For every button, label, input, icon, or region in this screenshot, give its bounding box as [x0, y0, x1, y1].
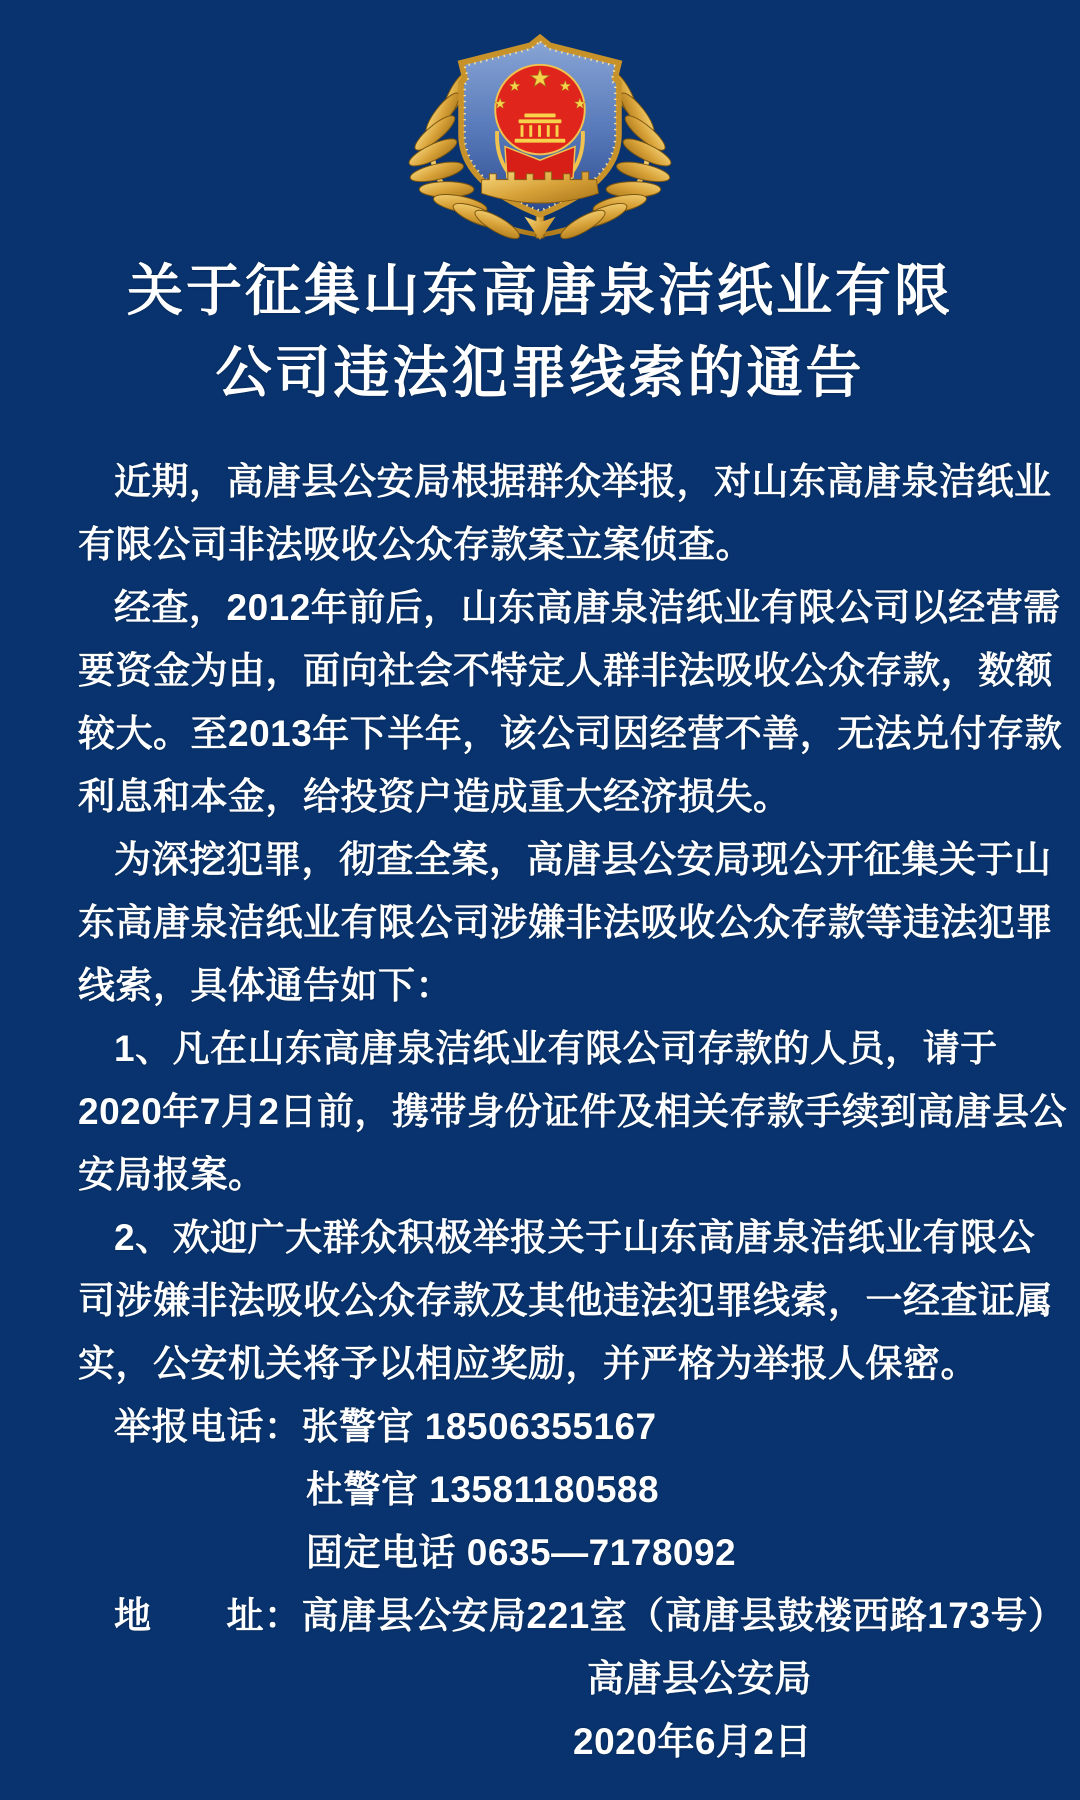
notice-page: 关于征集山东高唐泉洁纸业有限 公司违法犯罪线索的通告 近期，高唐县公安局根据群众… [0, 0, 1080, 1800]
notice-line: 实，公安机关将予以相应奖励，并严格为举报人保密。 [78, 1332, 1002, 1395]
notice-line: 固定电话 0635—7178092 [78, 1521, 1002, 1584]
notice-line: 近期，高唐县公安局根据群众举报，对山东高唐泉洁纸业 [78, 450, 1002, 513]
notice-title: 关于征集山东高唐泉洁纸业有限 公司违法犯罪线索的通告 [0, 250, 1080, 414]
notice-line: 高唐县公安局 [78, 1647, 1002, 1710]
notice-line: 2020年6月2日 [78, 1710, 1002, 1773]
notice-line: 1、凡在山东高唐泉洁纸业有限公司存款的人员，请于 [78, 1017, 1002, 1080]
notice-line: 杜警官 13581180588 [78, 1458, 1002, 1521]
notice-line: 线索，具体通告如下： [78, 954, 1002, 1017]
notice-line: 2、欢迎广大群众积极举报关于山东高唐泉洁纸业有限公 [78, 1206, 1002, 1269]
notice-line: 利息和本金，给投资户造成重大经济损失。 [78, 765, 1002, 828]
notice-body: 近期，高唐县公安局根据群众举报，对山东高唐泉洁纸业有限公司非法吸收公众存款案立案… [0, 450, 1080, 1773]
notice-line: 为深挖犯罪，彻查全案，高唐县公安局现公开征集关于山 [78, 828, 1002, 891]
notice-title-line1: 关于征集山东高唐泉洁纸业有限 [0, 250, 1080, 332]
notice-line: 安局报案。 [78, 1143, 1002, 1206]
notice-title-line2: 公司违法犯罪线索的通告 [0, 332, 1080, 414]
notice-line: 举报电话：张警官 18506355167 [78, 1395, 1002, 1458]
notice-line: 较大。至2013年下半年，该公司因经营不善，无法兑付存款 [78, 702, 1002, 765]
notice-line: 经查，2012年前后，山东高唐泉洁纸业有限公司以经营需 [78, 576, 1002, 639]
police-badge-icon [390, 22, 690, 240]
notice-line: 东高唐泉洁纸业有限公司涉嫌非法吸收公众存款等违法犯罪 [78, 891, 1002, 954]
notice-line: 要资金为由，面向社会不特定人群非法吸收公众存款，数额 [78, 639, 1002, 702]
notice-line: 有限公司非法吸收公众存款案立案侦查。 [78, 513, 1002, 576]
notice-line: 2020年7月2日前，携带身份证件及相关存款手续到高唐县公 [78, 1080, 1002, 1143]
notice-line: 地 址：高唐县公安局221室（高唐县鼓楼西路173号） [78, 1584, 1002, 1647]
notice-line: 司涉嫌非法吸收公众存款及其他违法犯罪线索，一经查证属 [78, 1269, 1002, 1332]
